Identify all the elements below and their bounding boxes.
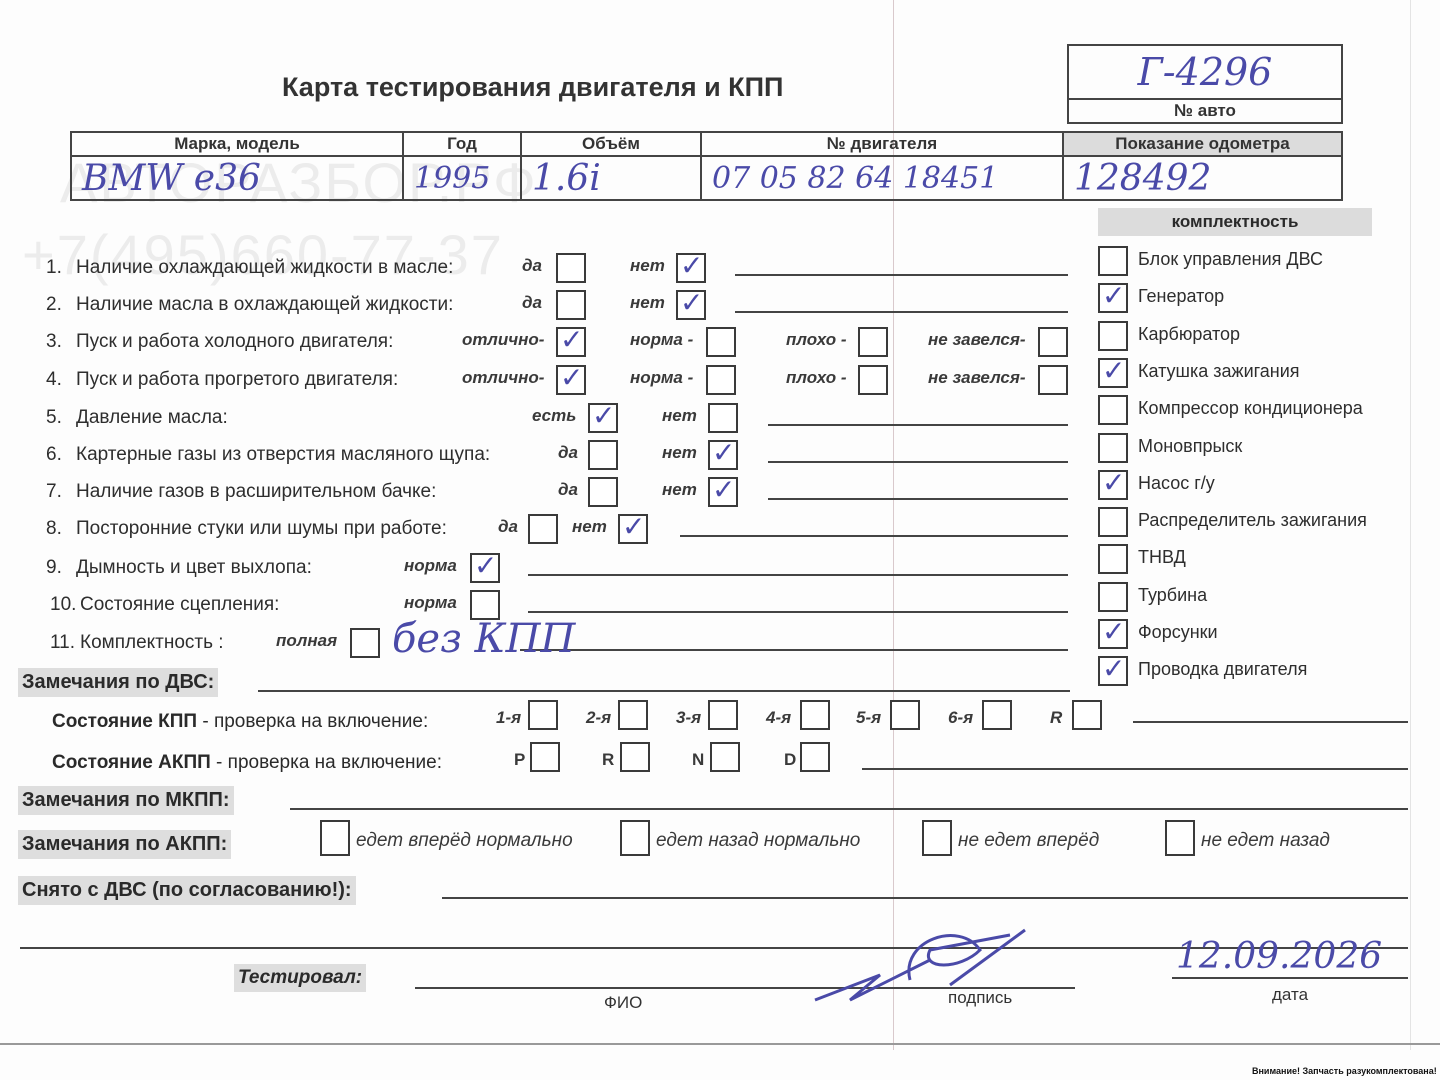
check-label: Посторонние стуки или шумы при работе: (76, 518, 447, 540)
gear-label: 4-я (766, 708, 791, 728)
check-number: 11. (50, 632, 75, 654)
option-label: да (498, 517, 518, 537)
option-label: норма (404, 593, 457, 613)
option-checkbox[interactable] (1038, 327, 1068, 357)
gear-label: 3-я (676, 708, 701, 728)
option-label: да (522, 293, 542, 313)
car-number-box: Г-4296 № авто (1067, 44, 1343, 124)
col-engine-number: № двигателя (701, 132, 1063, 156)
at-position-checkbox[interactable] (530, 742, 560, 772)
option-label: отлично- (462, 330, 544, 350)
gear-checkbox[interactable] (800, 700, 830, 730)
at-state-line[interactable] (862, 768, 1408, 770)
at-option-checkbox[interactable] (1165, 820, 1195, 856)
kit-item-label: Турбина (1138, 585, 1207, 606)
check-mark-icon: ✓ (712, 473, 735, 506)
option-label: нет (630, 256, 665, 276)
at-option-checkbox[interactable] (620, 820, 650, 856)
check-number: 4. (46, 369, 62, 391)
check-number: 3. (46, 331, 62, 353)
page-title: Карта тестирования двигателя и КПП (282, 72, 783, 103)
mt-state-rest: - проверка на включение: (197, 711, 428, 732)
year-value[interactable]: 1995 (403, 156, 521, 200)
gear-label: 2-я (586, 708, 611, 728)
option-checkbox[interactable] (556, 290, 586, 320)
check-label: Комплектность : (80, 632, 224, 654)
kit-checkbox[interactable] (1098, 395, 1128, 425)
check-number: 1. (46, 257, 62, 279)
kit-checkbox[interactable]: ✓ (1098, 358, 1128, 388)
check-label: Пуск и работа холодного двигателя: (76, 331, 393, 353)
kit-checkbox[interactable]: ✓ (1098, 470, 1128, 500)
kit-item-label: Форсунки (1138, 622, 1218, 643)
at-state-label: Состояние АКПП - проверка на включение: (52, 752, 442, 774)
tested-label: Тестировал: (234, 964, 366, 992)
check-number: 7. (46, 481, 62, 503)
option-checkbox[interactable]: ✓ (708, 477, 738, 507)
gear-checkbox[interactable] (982, 700, 1012, 730)
check-number: 5. (46, 407, 62, 429)
option-checkbox[interactable]: ✓ (556, 365, 586, 395)
kit-checkbox[interactable] (1098, 321, 1128, 351)
mt-remarks-label: Замечания по МКПП: (18, 786, 234, 815)
option-checkbox[interactable] (1038, 365, 1068, 395)
check-mark-icon: ✓ (1102, 279, 1125, 312)
comment-line[interactable] (520, 649, 1068, 651)
page-edge (0, 1043, 1440, 1045)
option-checkbox[interactable]: ✓ (708, 440, 738, 470)
col-year: Год (403, 132, 521, 156)
removed-label: Снято с ДВС (по согласованию!): (18, 876, 356, 905)
check-number: 6. (46, 444, 62, 466)
completeness-note[interactable]: без КПП (392, 616, 575, 662)
kit-item-label: Генератор (1138, 286, 1224, 307)
kit-checkbox[interactable]: ✓ (1098, 283, 1128, 313)
odometer-value[interactable]: 128492 (1063, 156, 1342, 200)
at-option-label: не едет назад (1201, 830, 1330, 852)
comment-line[interactable] (768, 498, 1068, 500)
option-checkbox[interactable] (528, 514, 558, 544)
check-mark-icon: ✓ (1102, 652, 1125, 685)
model-value[interactable]: BMW e36 (71, 156, 403, 200)
at-option-checkbox[interactable] (320, 820, 350, 856)
mt-state-line[interactable] (1133, 721, 1408, 723)
gear-label: 1-я (496, 708, 521, 728)
kit-checkbox[interactable] (1098, 544, 1128, 574)
option-label: полная (276, 631, 337, 651)
check-label: Наличие газов в расширительном бачке: (76, 481, 436, 503)
option-label: нет (662, 443, 697, 463)
kit-item-label: ТНВД (1138, 547, 1186, 568)
option-label: нет (630, 293, 665, 313)
date-caption: дата (1272, 985, 1308, 1005)
comment-line[interactable] (735, 274, 1068, 276)
option-checkbox[interactable] (858, 327, 888, 357)
check-label: Дымность и цвет выхлопа: (76, 557, 312, 579)
car-number-value: Г-4296 (1138, 50, 1273, 94)
check-label: Наличие масла в охлаждающей жидкости: (76, 294, 453, 316)
option-checkbox[interactable]: ✓ (556, 327, 586, 357)
kit-checkbox[interactable] (1098, 582, 1128, 612)
engine-number-value[interactable]: 07 05 82 64 18451 (701, 156, 1063, 200)
date-value[interactable]: 12.09.2026 (1176, 936, 1382, 977)
check-mark-icon: ✓ (592, 399, 615, 432)
kit-item-label: Блок управления ДВС (1138, 249, 1323, 270)
at-state-bold: Состояние АКПП (52, 752, 211, 773)
col-volume: Объём (521, 132, 701, 156)
at-option-label: едет назад нормально (656, 830, 860, 852)
at-position-checkbox[interactable] (620, 742, 650, 772)
col-odometer: Показание одометра (1063, 132, 1342, 156)
option-checkbox[interactable] (706, 365, 736, 395)
option-checkbox[interactable]: ✓ (470, 553, 500, 583)
option-checkbox[interactable] (706, 327, 736, 357)
at-position-label: P (514, 750, 525, 770)
check-number: 9. (46, 557, 62, 579)
at-position-checkbox[interactable] (710, 742, 740, 772)
option-label: есть (532, 406, 576, 426)
option-label: да (558, 480, 578, 500)
check-mark-icon: ✓ (560, 323, 583, 356)
at-position-checkbox[interactable] (800, 742, 830, 772)
check-mark-icon: ✓ (622, 510, 645, 543)
signature-scribble (810, 920, 1050, 1010)
check-label: Состояние сцепления: (80, 594, 279, 616)
check-mark-icon: ✓ (712, 436, 735, 469)
kit-checkbox[interactable] (1098, 433, 1128, 463)
at-option-label: не едет вперёд (958, 830, 1099, 852)
kit-item-label: Моновпрыск (1138, 436, 1242, 457)
kit-item-label: Насос г/у (1138, 473, 1215, 494)
option-checkbox[interactable]: ✓ (588, 403, 618, 433)
check-mark-icon: ✓ (680, 249, 703, 282)
kit-checkbox[interactable]: ✓ (1098, 656, 1128, 686)
option-label: плохо - (786, 368, 847, 388)
kit-item-label: Компрессор кондиционера (1138, 398, 1363, 419)
gear-checkbox[interactable] (708, 700, 738, 730)
option-label: да (522, 256, 542, 276)
gear-checkbox[interactable] (890, 700, 920, 730)
kit-checkbox[interactable]: ✓ (1098, 619, 1128, 649)
option-label: нет (662, 480, 697, 500)
at-option-label: едет вперёд нормально (356, 830, 573, 852)
kit-header: комплектность (1098, 208, 1372, 236)
car-number-label: № авто (1068, 99, 1342, 123)
fold-line (1410, 0, 1411, 1050)
gear-checkbox[interactable] (1072, 700, 1102, 730)
option-checkbox[interactable]: ✓ (676, 253, 706, 283)
option-checkbox[interactable] (858, 365, 888, 395)
engine-remarks-label: Замечания по ДВС: (18, 668, 218, 697)
comment-line[interactable] (528, 611, 1068, 613)
comment-line[interactable] (768, 461, 1068, 463)
option-label: да (558, 443, 578, 463)
option-checkbox[interactable] (708, 403, 738, 433)
mt-state-label: Состояние КПП - проверка на включение: (52, 711, 428, 733)
option-label: норма - (630, 330, 693, 350)
at-position-label: N (692, 750, 704, 770)
at-position-label: R (602, 750, 614, 770)
kit-item-label: Распределитель зажигания (1138, 510, 1367, 531)
gear-checkbox[interactable] (528, 700, 558, 730)
option-label: не завелся- (928, 330, 1026, 350)
gear-label: 6-я (948, 708, 973, 728)
option-checkbox[interactable]: ✓ (676, 290, 706, 320)
at-remarks-label: Замечания по АКПП: (18, 830, 231, 859)
kit-item-label: Карбюратор (1138, 324, 1240, 345)
date-line[interactable] (1172, 977, 1408, 979)
check-number: 10. (50, 594, 76, 616)
gear-label: R (1050, 708, 1062, 728)
col-model: Марка, модель (71, 132, 403, 156)
option-label: нет (572, 517, 607, 537)
option-checkbox[interactable] (588, 477, 618, 507)
kit-item-label: Катушка зажигания (1138, 361, 1300, 382)
footer-warning: Внимание! Запчасть разукомплектована! (1252, 1066, 1437, 1076)
volume-value[interactable]: 1.6i (521, 156, 701, 200)
at-option-checkbox[interactable] (922, 820, 952, 856)
option-label: не завелся- (928, 368, 1026, 388)
gear-checkbox[interactable] (618, 700, 648, 730)
check-mark-icon: ✓ (1102, 466, 1125, 499)
name-caption: ФИО (604, 993, 642, 1013)
option-label: плохо - (786, 330, 847, 350)
comment-line[interactable] (680, 535, 1068, 537)
option-checkbox[interactable] (350, 628, 380, 658)
check-label: Давление масла: (76, 407, 228, 429)
removed-line[interactable] (442, 897, 1408, 899)
check-label: Картерные газы из отверстия масляного щу… (76, 444, 490, 466)
gear-label: 5-я (856, 708, 881, 728)
option-checkbox[interactable] (588, 440, 618, 470)
mt-remarks-line[interactable] (290, 808, 1408, 810)
option-label: нет (662, 406, 697, 426)
check-number: 2. (46, 294, 62, 316)
kit-checkbox[interactable] (1098, 507, 1128, 537)
vehicle-info-table: Марка, модель Год Объём № двигателя Пока… (70, 131, 1343, 201)
kit-checkbox[interactable] (1098, 246, 1128, 276)
comment-line[interactable] (768, 424, 1068, 426)
check-mark-icon: ✓ (560, 361, 583, 394)
check-mark-icon: ✓ (680, 286, 703, 319)
check-label: Пуск и работа прогретого двигателя: (76, 369, 398, 391)
at-state-rest: - проверка на включение: (211, 752, 442, 773)
check-mark-icon: ✓ (474, 549, 497, 582)
check-label: Наличие охлаждающей жидкости в масле: (76, 257, 453, 279)
check-number: 8. (46, 518, 62, 540)
option-label: отлично- (462, 368, 544, 388)
option-checkbox[interactable]: ✓ (618, 514, 648, 544)
option-label: норма (404, 556, 457, 576)
at-position-label: D (784, 750, 796, 770)
mt-state-bold: Состояние КПП (52, 711, 197, 732)
check-mark-icon: ✓ (1102, 615, 1125, 648)
option-checkbox[interactable] (556, 253, 586, 283)
kit-item-label: Проводка двигателя (1138, 659, 1307, 680)
comment-line[interactable] (528, 574, 1068, 576)
engine-remarks-line[interactable] (258, 690, 1070, 692)
option-label: норма - (630, 368, 693, 388)
check-mark-icon: ✓ (1102, 354, 1125, 387)
comment-line[interactable] (735, 311, 1068, 313)
